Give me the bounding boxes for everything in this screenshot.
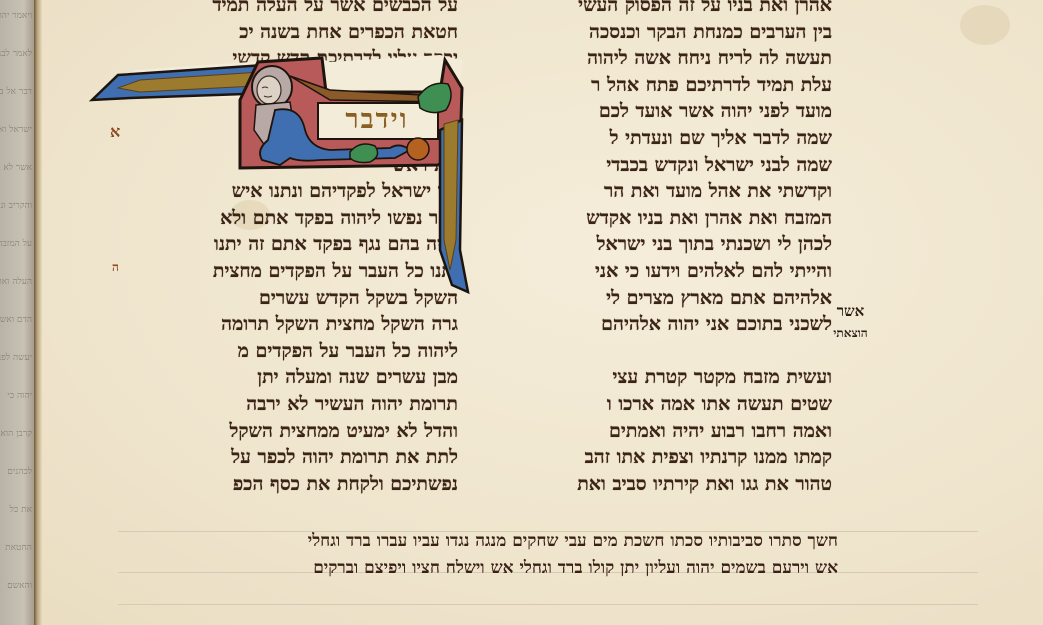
facing-page-text-line: יהוה כי xyxy=(2,390,32,402)
verse-marker: ה xyxy=(112,260,119,275)
facing-page-text-line: קרבן הוא xyxy=(2,428,32,440)
text-line: כפר נפשו ליהוה בפקד אתם ולא xyxy=(120,205,458,232)
text-line: והדל לא ימעיט ממחצית השקל xyxy=(120,418,458,445)
text-line: שטים תעשה אתו אמה ארכו ו xyxy=(460,391,832,418)
parchment-stain xyxy=(960,5,1010,45)
marginal-note-line: הוצאתי xyxy=(808,322,893,344)
text-line: את ראש xyxy=(120,152,458,179)
text-line: השקל בשקל הקדש עשרים xyxy=(120,285,458,312)
text-line: הוא ליהוה xyxy=(120,72,458,99)
facing-page-text-line: החטאת xyxy=(2,542,32,554)
text-line: עלת תמיד לדרתיכם פתח אהל ר xyxy=(460,72,832,99)
text-line: יתנו כל העבר על הפקדים מחצית xyxy=(120,258,458,285)
text-line: ועשית מזבח מקטר קטרת עצי xyxy=(460,364,832,391)
text-line: המזבח ואת אהרן ואת בניו אקדש xyxy=(460,205,832,232)
facing-page-text-line: את כל xyxy=(2,504,32,516)
text-line: גרה השקל מחצית השקל תרומה xyxy=(120,311,458,338)
text-line: טהור את גגו ואת קירתיו סביב ואת xyxy=(460,471,832,498)
facing-page-text-line: על המזבח את xyxy=(2,238,32,250)
text-line: בין הערבים כמנחת הבקר וכנסכה xyxy=(460,19,832,46)
text-line: קמתו ממנו קרנתיו וצפית אתו זהב xyxy=(460,444,832,471)
text-line: יהיה בהם נגף בפקד אתם זה יתנו xyxy=(120,231,458,258)
text-line: לכהן לי ושכנתי בתוך בני ישראל xyxy=(460,231,832,258)
text-line: לתת את תרומת יהוה לכפר על xyxy=(120,444,458,471)
facing-page-text-line: אשר לא נעשה xyxy=(2,162,32,174)
facing-page-edge: ויאמר יהוהלאמר לבנידבר אל בניישראל ואמרת… xyxy=(0,0,34,625)
facing-page-text-line: העלה ואת כל xyxy=(2,276,32,288)
text-line: חשך סתרו סביבותיו סכתו חשכת מים עבי שחקי… xyxy=(118,528,838,555)
manuscript-page: ויאמר יהוהלאמר לבנידבר אל בניישראל ואמרת… xyxy=(0,0,1043,625)
facing-page-text-line: יעשה לפני xyxy=(2,352,32,364)
text-line: ליהוה כל העבר על הפקדים מ xyxy=(120,338,458,365)
text-line: נפשתיכם ולקחת את כסף הכפ xyxy=(120,471,458,498)
marginal-note-line: אשר xyxy=(808,300,893,322)
book-gutter xyxy=(34,0,42,625)
text-line: שמה לדבר אליך שם ונעדתי ל xyxy=(460,125,832,152)
facing-page-text-line: דבר אל בני xyxy=(2,86,32,98)
ruling-line xyxy=(118,604,978,605)
text-line: אהרן ואת בניו על זה הפסוק העשי xyxy=(460,0,832,19)
bottom-text-band: חשך סתרו סביבותיו סכתו חשכת מים עבי שחקי… xyxy=(118,528,838,582)
text-line: לשכני בתוכם אני יהוה אלהיהם xyxy=(460,311,832,338)
facing-page-text-line: לכהנים xyxy=(2,466,32,478)
text-column-left: על הכבשים אשר על העלה תמיד חטאת הכפרים א… xyxy=(120,0,458,497)
text-line: והייתי להם לאלהים וידעו כי אני xyxy=(460,258,832,285)
text-line: אש וירעם בשמים יהוה ועליון יתן קולו ברד … xyxy=(118,555,838,582)
text-line: שמה לבני ישראל ונקדש בכבדי xyxy=(460,152,832,179)
text-line: אלהיהם אתם מארץ מצרים לי xyxy=(460,285,832,312)
text-line: תעשה לה לריח ניחח אשה ליהוה xyxy=(460,45,832,72)
facing-page-text-line: והאשם xyxy=(2,580,32,592)
text-column-right: אהרן ואת בניו על זה הפסוק העשי בין הערבי… xyxy=(460,0,832,497)
text-line: על הכבשים אשר על העלה תמיד xyxy=(120,0,458,19)
facing-page-text-line: לאמר לבני xyxy=(2,48,32,60)
section-break xyxy=(460,338,832,365)
text-line: ואמה רחבו רבוע יהיה ואמתים xyxy=(460,418,832,445)
text-line: תרומת יהוה העשיר לא ירבה xyxy=(120,391,458,418)
text-line: בני ישראל לפקדיהם ונתנו איש xyxy=(120,178,458,205)
text-line: חטאת הכפרים אחת בשנה יכ xyxy=(120,19,458,46)
text-line: מועד לפני יהוה אשר אועד לכם xyxy=(460,98,832,125)
verse-marker: א xyxy=(110,122,120,142)
facing-page-text-line: והקריב ונתן xyxy=(2,200,32,212)
text-line: מבן עשרים שנה ומעלה יתן xyxy=(120,364,458,391)
facing-page-text-line: ויאמר יהוה xyxy=(2,10,32,22)
illuminated-initial-word: וידבר xyxy=(322,103,432,137)
facing-page-text-line: הדם ואשר xyxy=(2,314,32,326)
marginal-note: אשר הוצאתי xyxy=(808,300,893,344)
text-line: וקדשתי את אהל מועד ואת הר xyxy=(460,178,832,205)
facing-page-text-line: ישראל ואמרת xyxy=(2,124,32,136)
text-line: יכפר עליו לדרתיכם קדש קדשי xyxy=(120,45,458,72)
